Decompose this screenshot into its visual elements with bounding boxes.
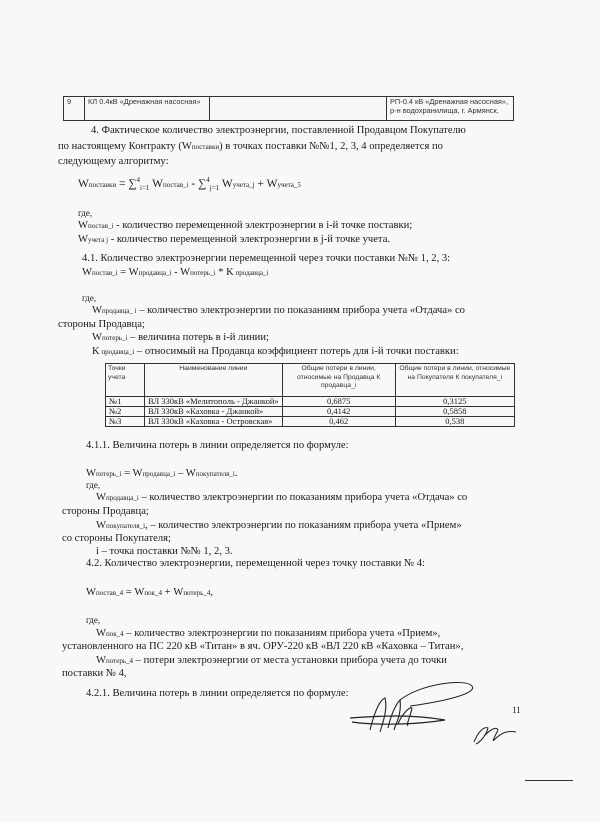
text: – потери электроэнергии от места установ… bbox=[133, 655, 447, 666]
divider bbox=[525, 780, 573, 781]
subscript: учета_j bbox=[233, 181, 255, 189]
subscript: постав_i bbox=[92, 269, 118, 277]
subscript: продавца_i bbox=[234, 269, 269, 277]
subscript: покупателя_i bbox=[106, 522, 145, 530]
superscript: 4 bbox=[206, 176, 210, 184]
subscript: потерь_i bbox=[102, 334, 127, 342]
definition-continuation: поставки № 4, bbox=[62, 667, 127, 680]
definition: Wпродавца_ i – количество электроэнергии… bbox=[92, 304, 465, 318]
text: – относимый на Продавца коэффициент поте… bbox=[134, 346, 458, 357]
k-buyer: 0,5858 bbox=[395, 407, 514, 417]
section4-intro-line3: следующему алгоритму: bbox=[58, 155, 169, 168]
subscript: продавца_i bbox=[106, 494, 139, 502]
section4-1-1-title: 4.1.1. Величина потерь в линии определяе… bbox=[86, 439, 349, 452]
subscript: потерь_i bbox=[190, 269, 215, 277]
text: – количество электроэнергии по показания… bbox=[139, 492, 467, 503]
subscript: поставки bbox=[192, 143, 219, 151]
k: K bbox=[92, 346, 100, 357]
w: W bbox=[78, 220, 88, 231]
text: - W bbox=[171, 267, 190, 278]
text: ) в точках поставки №№1, 2, 3, 4 определ… bbox=[219, 141, 443, 152]
definition: K продавца_i – относимый на Продавца коэ… bbox=[92, 345, 459, 359]
line-name: ВЛ 330кВ «Каховка - Джанкой» bbox=[145, 407, 283, 417]
section4-2-1-title: 4.2.1. Величина потерь в линии определяе… bbox=[86, 687, 349, 700]
section4-intro-line2: по настоящему Контракту (Wпоставки) в то… bbox=[58, 140, 443, 154]
definition: Wпотерь_4 – потери электроэнергии от мес… bbox=[96, 654, 447, 668]
line-name: ВЛ 330кВ «Мелитополь - Джанкой» bbox=[145, 397, 283, 407]
definition: Wпостав_i - количество перемещенной элек… bbox=[78, 219, 412, 233]
section4-intro-line1: 4. Фактическое количество электроэнергии… bbox=[91, 124, 466, 137]
definition-continuation: со стороны Покупателя; bbox=[62, 532, 171, 545]
sum-sign: = ∑ bbox=[116, 178, 136, 190]
continuation-table: 9 КЛ 0.4кВ «Дренажная насосная» РП-0.4 к… bbox=[63, 96, 514, 121]
w: W bbox=[96, 492, 106, 503]
point: №2 bbox=[106, 407, 145, 417]
table-row: №3 ВЛ 330кВ «Каховка - Островская» 0,462… bbox=[106, 417, 515, 427]
text: - количество перемещенной электроэнергии… bbox=[114, 220, 413, 231]
definition-continuation: стороны Продавца; bbox=[62, 505, 149, 518]
subscript: продавца_ i bbox=[102, 307, 137, 315]
k-seller: 0,6875 bbox=[282, 397, 395, 407]
subscript: потерь_4 bbox=[183, 589, 210, 597]
line-name: КЛ 0.4кВ «Дренажная насосная» bbox=[85, 97, 210, 121]
w: W bbox=[82, 267, 92, 278]
w: W bbox=[92, 332, 102, 343]
header-point: Точки учета bbox=[106, 364, 145, 397]
subscript: потерь_4 bbox=[106, 657, 133, 665]
w: W bbox=[219, 178, 233, 190]
subscript: поставки bbox=[89, 181, 116, 189]
text: + W bbox=[162, 587, 183, 598]
subscript: потерь_i bbox=[96, 470, 121, 478]
table-row: 9 КЛ 0.4кВ «Дренажная насосная» РП-0.4 к… bbox=[64, 97, 514, 121]
w: W bbox=[149, 178, 163, 190]
signature-seller-icon bbox=[340, 680, 480, 740]
subscript: покупателя_i bbox=[196, 470, 235, 478]
subscript: продавца_i bbox=[100, 348, 135, 356]
subscript: учета_5 bbox=[277, 181, 300, 189]
definition-continuation: установленного на ПС 220 кВ «Титан» в яч… bbox=[62, 640, 463, 653]
section4-2-title: 4.2. Количество электроэнергии, перемеще… bbox=[86, 557, 425, 570]
text: – величина потерь в i-й линии; bbox=[127, 332, 269, 343]
w: W bbox=[96, 628, 106, 639]
text: по настоящему Контракту (W bbox=[58, 141, 192, 152]
text: = W bbox=[123, 587, 144, 598]
table-row: №1 ВЛ 330кВ «Мелитополь - Джанкой» 0,687… bbox=[106, 397, 515, 407]
subscript: постав_i bbox=[163, 181, 189, 189]
w: W bbox=[86, 468, 96, 479]
k-seller: 0,462 bbox=[282, 417, 395, 427]
subscript: учета j bbox=[88, 236, 108, 244]
text: * K bbox=[216, 267, 234, 278]
definition: Wпродавца_i – количество электроэнергии … bbox=[96, 491, 467, 505]
definition: Wпок_4 – количество электроэнергии по по… bbox=[96, 627, 440, 641]
formula-4-2: Wпостав_4 = Wпок_4 + Wпотерь_4, bbox=[86, 586, 213, 600]
page-number: 11 bbox=[512, 705, 521, 715]
superscript: 4 bbox=[137, 176, 141, 184]
text: – количество электроэнергии по показания… bbox=[124, 628, 441, 639]
subscript: пок_4 bbox=[106, 630, 124, 638]
text: - количество перемещенной электроэнергии… bbox=[108, 234, 390, 245]
loss-coefficient-table: Точки учета Наименование линии Общие пот… bbox=[105, 363, 515, 427]
header-k-buyer: Общие потери в линии, относимые на Покуп… bbox=[395, 364, 514, 397]
w: W bbox=[96, 655, 106, 666]
subscript: постав_i bbox=[88, 222, 114, 230]
formula-4-1: Wпостав_i = Wпродавца_i - Wпотерь_i * K … bbox=[82, 266, 268, 280]
section4-1-title: 4.1. Количество электроэнергии перемещен… bbox=[82, 252, 450, 265]
text: = W bbox=[121, 468, 142, 479]
line-name: ВЛ 330кВ «Каховка - Островская» bbox=[145, 417, 283, 427]
text: – количество электроэнергии по показания… bbox=[137, 305, 465, 316]
formula-4-1-1: Wпотерь_i = Wпродавца_i – Wпокупателя_i. bbox=[86, 467, 238, 481]
subscript: постав_4 bbox=[96, 589, 123, 597]
header-k-seller: Общие потери в линии, относимые на Прода… bbox=[282, 364, 395, 397]
empty-cell bbox=[210, 97, 387, 121]
definition: Wпокупателя_i, – количество электроэнерг… bbox=[96, 519, 462, 533]
point: №3 bbox=[106, 417, 145, 427]
subscript: продавца_i bbox=[143, 470, 176, 478]
definition-continuation: стороны Продавца; bbox=[58, 318, 145, 331]
text: , – количество электроэнергии по показан… bbox=[145, 520, 462, 531]
definition: Wучета j - количество перемещенной элект… bbox=[78, 233, 390, 247]
signature-buyer-icon bbox=[470, 722, 520, 748]
table-header-row: Точки учета Наименование линии Общие пот… bbox=[106, 364, 515, 397]
w: W bbox=[78, 234, 88, 245]
w: W bbox=[96, 520, 106, 531]
header-line: Наименование линии bbox=[145, 364, 283, 397]
point: №1 bbox=[106, 397, 145, 407]
subscript: продавца_i bbox=[139, 269, 172, 277]
subscript: j=1 bbox=[210, 184, 219, 192]
text: = W bbox=[118, 267, 139, 278]
formula-delivery: Wпоставки = ∑4i=1 Wпостав_i - ∑4j=1 Wуче… bbox=[78, 174, 301, 195]
w: W bbox=[92, 305, 102, 316]
where-label: где, bbox=[86, 614, 100, 627]
text: . bbox=[235, 468, 238, 479]
document-page: 9 КЛ 0.4кВ «Дренажная насосная» РП-0.4 к… bbox=[0, 0, 600, 822]
text: – W bbox=[175, 468, 195, 479]
table-row: №2 ВЛ 330кВ «Каховка - Джанкой» 0,4142 0… bbox=[106, 407, 515, 417]
plus: + W bbox=[255, 178, 278, 190]
k-buyer: 0,538 bbox=[395, 417, 514, 427]
location: РП-0.4 кВ «Дренажная насосная», р-н водо… bbox=[387, 97, 514, 121]
text: , bbox=[210, 587, 213, 598]
row-number: 9 bbox=[64, 97, 85, 121]
k-seller: 0,4142 bbox=[282, 407, 395, 417]
sum-sign: - ∑ bbox=[189, 178, 207, 190]
w: W bbox=[78, 178, 89, 190]
subscript: пок_4 bbox=[144, 589, 162, 597]
definition: Wпотерь_i – величина потерь в i-й линии; bbox=[92, 331, 269, 345]
w: W bbox=[86, 587, 96, 598]
k-buyer: 0,3125 bbox=[395, 397, 514, 407]
